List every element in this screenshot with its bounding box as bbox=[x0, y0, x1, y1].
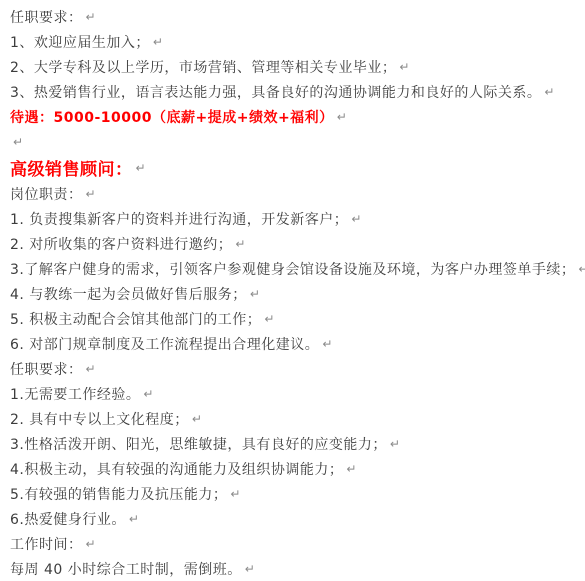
paragraph-mark-icon: ↵ bbox=[399, 60, 409, 74]
paragraph-line: 工作时间： ↵ bbox=[10, 531, 585, 556]
paragraph-line: 5.有较强的销售能力及抗压能力； ↵ bbox=[10, 481, 585, 506]
paragraph-line: 3.性格活泼开朗、阳光，思维敏捷，具有良好的应变能力； ↵ bbox=[10, 431, 585, 456]
paragraph-line: 任职要求： ↵ bbox=[10, 356, 585, 381]
paragraph-text: 1. 负责搜集新客户的资料并进行沟通，开发新客户； bbox=[10, 209, 348, 229]
paragraph-mark-icon: ↵ bbox=[351, 212, 361, 226]
paragraph-mark-icon: ↵ bbox=[153, 35, 163, 49]
paragraph-text: 2. 具有中专以上文化程度； bbox=[10, 409, 189, 429]
paragraph-text: 2. 对所收集的客户资料进行邀约； bbox=[10, 234, 232, 254]
paragraph-text: 2、大学专科及以上学历，市场营销、管理等相关专业毕业； bbox=[10, 57, 396, 77]
paragraph-mark-icon: ↵ bbox=[250, 287, 260, 301]
empty-paragraph-line: ↵ bbox=[10, 129, 585, 154]
paragraph-line: 6.热爱健身行业。 ↵ bbox=[10, 506, 585, 531]
paragraph-mark-icon: ↵ bbox=[136, 161, 146, 175]
paragraph-text: 3.性格活泼开朗、阳光，思维敏捷，具有良好的应变能力； bbox=[10, 434, 387, 454]
paragraph-text: 4. 与教练一起为会员做好售后服务； bbox=[10, 284, 247, 304]
paragraph-mark-icon: ↵ bbox=[245, 562, 255, 576]
paragraph-text: 任职要求： bbox=[10, 359, 83, 379]
paragraph-mark-icon: ↵ bbox=[390, 437, 400, 451]
paragraph-line: 1. 负责搜集新客户的资料并进行沟通，开发新客户； ↵ bbox=[10, 206, 585, 231]
paragraph-text: 6. 对部门规章制度及工作流程提出合理化建议。 bbox=[10, 334, 319, 354]
paragraph-mark-icon: ↵ bbox=[235, 237, 245, 251]
paragraph-text: 6.热爱健身行业。 bbox=[10, 509, 126, 529]
paragraph-mark-icon: ↵ bbox=[544, 85, 554, 99]
paragraph-text: 任职要求： bbox=[10, 7, 83, 27]
paragraph-mark-icon: ↵ bbox=[86, 10, 96, 24]
paragraph-line: 5. 积极主动配合会馆其他部门的工作； ↵ bbox=[10, 306, 585, 331]
paragraph-mark-icon: ↵ bbox=[129, 512, 139, 526]
paragraph-line: 2. 对所收集的客户资料进行邀约； ↵ bbox=[10, 231, 585, 256]
job-title-text: 高级销售顾问： bbox=[10, 155, 133, 180]
paragraph-line: 2. 具有中专以上文化程度； ↵ bbox=[10, 406, 585, 431]
job-title-heading: 高级销售顾问： ↵ bbox=[10, 154, 585, 181]
paragraph-mark-icon: ↵ bbox=[86, 362, 96, 376]
salary-line: 待遇：5000-10000（底薪+提成+绩效+福利） ↵ bbox=[10, 104, 585, 129]
paragraph-line: 3、热爱销售行业，语言表达能力强，具备良好的沟通协调能力和良好的人际关系。 ↵ bbox=[10, 79, 585, 104]
paragraph-text: 工作时间： bbox=[10, 534, 83, 554]
paragraph-text: 5.有较强的销售能力及抗压能力； bbox=[10, 484, 227, 504]
paragraph-line: 岗位职责： ↵ bbox=[10, 181, 585, 206]
paragraph-text: 5. 积极主动配合会馆其他部门的工作； bbox=[10, 309, 261, 329]
paragraph-line: 任职要求： ↵ bbox=[10, 4, 585, 29]
paragraph-line: 2、大学专科及以上学历，市场营销、管理等相关专业毕业； ↵ bbox=[10, 54, 585, 79]
paragraph-text: 1.无需要工作经验。 bbox=[10, 384, 140, 404]
paragraph-mark-icon: ↵ bbox=[337, 110, 347, 124]
paragraph-mark-icon: ↵ bbox=[192, 412, 202, 426]
paragraph-line: 1、欢迎应届生加入； ↵ bbox=[10, 29, 585, 54]
paragraph-text: 岗位职责： bbox=[10, 184, 83, 204]
paragraph-text: 3.了解客户健身的需求，引领客户参观健身会馆设备设施及环境，为客户办理签单手续； bbox=[10, 259, 575, 279]
document-body: 任职要求： ↵ 1、欢迎应届生加入； ↵ 2、大学专科及以上学历，市场营销、管理… bbox=[0, 0, 585, 581]
paragraph-line: 4.积极主动，具有较强的沟通能力及组织协调能力； ↵ bbox=[10, 456, 585, 481]
paragraph-line: 3.了解客户健身的需求，引领客户参观健身会馆设备设施及环境，为客户办理签单手续；… bbox=[10, 256, 585, 281]
paragraph-mark-icon: ↵ bbox=[230, 487, 240, 501]
paragraph-text: 3、热爱销售行业，语言表达能力强，具备良好的沟通协调能力和良好的人际关系。 bbox=[10, 82, 541, 102]
paragraph-text: 每周 40 小时综合工时制，需倒班。 bbox=[10, 559, 242, 579]
paragraph-mark-icon: ↵ bbox=[86, 187, 96, 201]
paragraph-mark-icon: ↵ bbox=[143, 387, 153, 401]
paragraph-mark-icon: ↵ bbox=[578, 262, 585, 276]
paragraph-mark-icon: ↵ bbox=[346, 462, 356, 476]
paragraph-mark-icon: ↵ bbox=[322, 337, 332, 351]
salary-text: 待遇：5000-10000（底薪+提成+绩效+福利） bbox=[10, 107, 334, 127]
paragraph-line: 4. 与教练一起为会员做好售后服务； ↵ bbox=[10, 281, 585, 306]
paragraph-text: 4.积极主动，具有较强的沟通能力及组织协调能力； bbox=[10, 459, 343, 479]
paragraph-line: 每周 40 小时综合工时制，需倒班。 ↵ bbox=[10, 556, 585, 581]
paragraph-line: 1.无需要工作经验。 ↵ bbox=[10, 381, 585, 406]
paragraph-mark-icon: ↵ bbox=[86, 537, 96, 551]
paragraph-mark-icon: ↵ bbox=[264, 312, 274, 326]
paragraph-text: 1、欢迎应届生加入； bbox=[10, 32, 150, 52]
paragraph-mark-icon: ↵ bbox=[13, 135, 23, 149]
paragraph-line: 6. 对部门规章制度及工作流程提出合理化建议。 ↵ bbox=[10, 331, 585, 356]
